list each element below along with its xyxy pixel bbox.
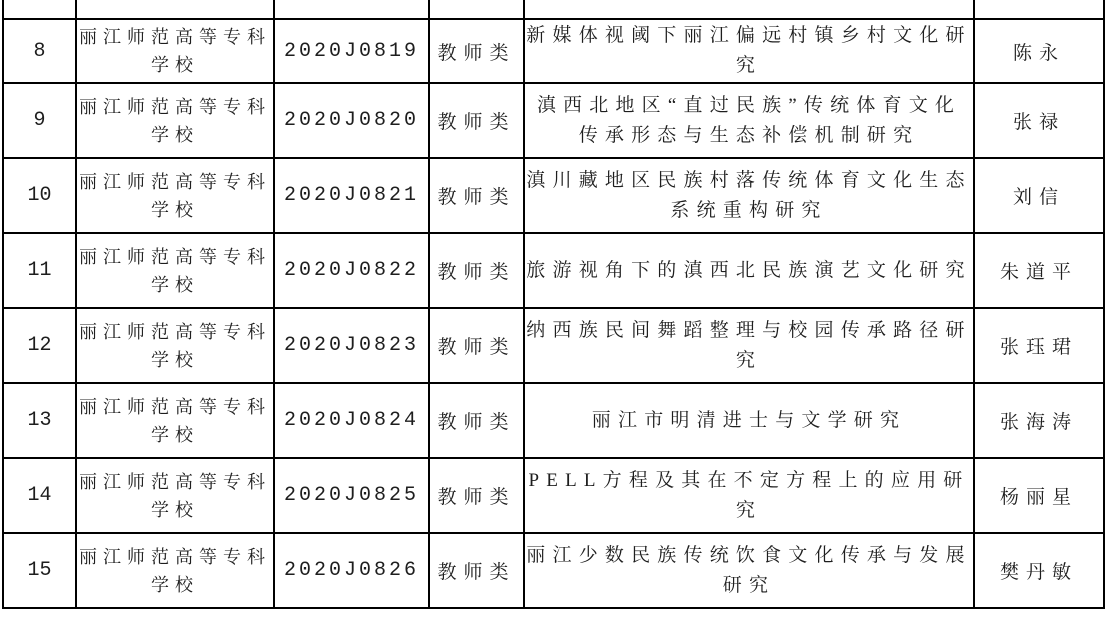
cell-school: 丽江师范高等专科学校 xyxy=(76,308,274,383)
cell-school: 丽江师范高等专科学校 xyxy=(76,533,274,608)
cell-code: 2020J0826 xyxy=(274,533,429,608)
cell-no: 12 xyxy=(3,308,76,383)
cell-leader: 张禄 xyxy=(974,83,1104,158)
cell-type: 教师类 xyxy=(429,158,524,233)
partial-row-top xyxy=(3,0,1104,19)
cell-title: 新媒体视阈下丽江偏远村镇乡村文化研究 xyxy=(524,19,974,83)
cell-code xyxy=(274,0,429,19)
table-row: 9 丽江师范高等专科学校 2020J0820 教师类 滇西北地区“直过民族”传统… xyxy=(3,83,1104,158)
cell-type xyxy=(429,0,524,19)
cell-no: 9 xyxy=(3,83,76,158)
cell-type: 教师类 xyxy=(429,83,524,158)
cell-school: 丽江师范高等专科学校 xyxy=(76,458,274,533)
cell-title xyxy=(524,0,974,19)
cell-no: 13 xyxy=(3,383,76,458)
cell-no: 14 xyxy=(3,458,76,533)
table-row: 14 丽江师范高等专科学校 2020J0825 教师类 PELL方程及其在不定方… xyxy=(3,458,1104,533)
cell-title: 旅游视角下的滇西北民族演艺文化研究 xyxy=(524,233,974,308)
cell-code: 2020J0822 xyxy=(274,233,429,308)
cell-code: 2020J0825 xyxy=(274,458,429,533)
cell-school: 丽江师范高等专科学校 xyxy=(76,158,274,233)
cell-type: 教师类 xyxy=(429,233,524,308)
cell-no: 15 xyxy=(3,533,76,608)
cell-leader: 朱道平 xyxy=(974,233,1104,308)
page: 8 丽江师范高等专科学校 2020J0819 教师类 新媒体视阈下丽江偏远村镇乡… xyxy=(0,0,1108,619)
cell-code: 2020J0823 xyxy=(274,308,429,383)
table-row: 8 丽江师范高等专科学校 2020J0819 教师类 新媒体视阈下丽江偏远村镇乡… xyxy=(3,19,1104,83)
cell-school: 丽江师范高等专科学校 xyxy=(76,383,274,458)
cell-school: 丽江师范高等专科学校 xyxy=(76,233,274,308)
table-row: 10 丽江师范高等专科学校 2020J0821 教师类 滇川藏地区民族村落传统体… xyxy=(3,158,1104,233)
cell-no: 11 xyxy=(3,233,76,308)
table-row: 12 丽江师范高等专科学校 2020J0823 教师类 纳西族民间舞蹈整理与校园… xyxy=(3,308,1104,383)
cell-no: 8 xyxy=(3,19,76,83)
cell-code: 2020J0819 xyxy=(274,19,429,83)
cell-leader: 陈永 xyxy=(974,19,1104,83)
cell-type: 教师类 xyxy=(429,19,524,83)
cell-school: 丽江师范高等专科学校 xyxy=(76,19,274,83)
cell-school xyxy=(76,0,274,19)
cell-title: 纳西族民间舞蹈整理与校园传承路径研究 xyxy=(524,308,974,383)
cell-leader: 张海涛 xyxy=(974,383,1104,458)
cell-code: 2020J0821 xyxy=(274,158,429,233)
cell-leader: 刘信 xyxy=(974,158,1104,233)
cell-school: 丽江师范高等专科学校 xyxy=(76,83,274,158)
cell-title: PELL方程及其在不定方程上的应用研究 xyxy=(524,458,974,533)
cell-title: 丽江少数民族传统饮食文化传承与发展研究 xyxy=(524,533,974,608)
cell-no xyxy=(3,0,76,19)
cell-title: 滇西北地区“直过民族”传统体育文化传承形态与生态补偿机制研究 xyxy=(524,83,974,158)
cell-leader: 张珏珺 xyxy=(974,308,1104,383)
table-row: 13 丽江师范高等专科学校 2020J0824 教师类 丽江市明清进士与文学研究… xyxy=(3,383,1104,458)
cell-title: 滇川藏地区民族村落传统体育文化生态系统重构研究 xyxy=(524,158,974,233)
cell-type: 教师类 xyxy=(429,383,524,458)
document-table: 8 丽江师范高等专科学校 2020J0819 教师类 新媒体视阈下丽江偏远村镇乡… xyxy=(2,0,1105,609)
cell-leader xyxy=(974,0,1104,19)
cell-code: 2020J0824 xyxy=(274,383,429,458)
cell-type: 教师类 xyxy=(429,458,524,533)
cell-type: 教师类 xyxy=(429,533,524,608)
cell-leader: 樊丹敏 xyxy=(974,533,1104,608)
table-row: 15 丽江师范高等专科学校 2020J0826 教师类 丽江少数民族传统饮食文化… xyxy=(3,533,1104,608)
cell-type: 教师类 xyxy=(429,308,524,383)
cell-leader: 杨丽星 xyxy=(974,458,1104,533)
table-row: 11 丽江师范高等专科学校 2020J0822 教师类 旅游视角下的滇西北民族演… xyxy=(3,233,1104,308)
cell-title: 丽江市明清进士与文学研究 xyxy=(524,383,974,458)
cell-no: 10 xyxy=(3,158,76,233)
cell-code: 2020J0820 xyxy=(274,83,429,158)
